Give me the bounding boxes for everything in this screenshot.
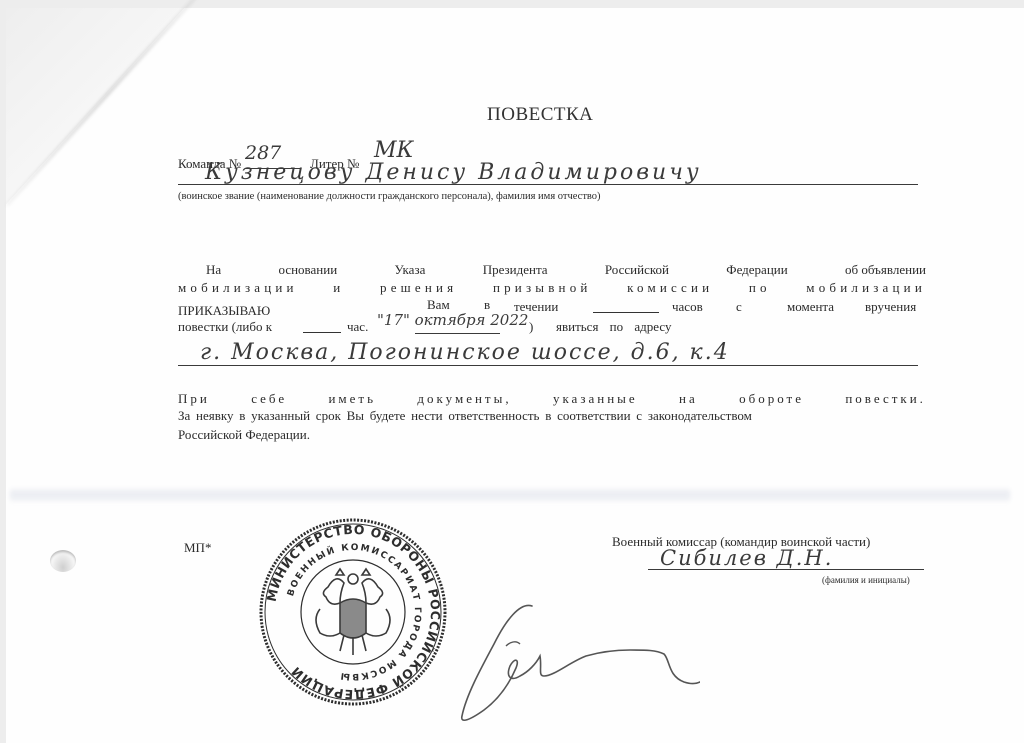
recipient-caption: (воинское звание (наименование должности… bbox=[178, 191, 601, 202]
bleed-through-band bbox=[10, 487, 1010, 503]
commissar-name: Сибилев Д.Н. bbox=[660, 546, 833, 570]
liability-line: За неявку в указанный срок Вы будете нес… bbox=[178, 408, 752, 424]
recipient-underline bbox=[178, 184, 918, 185]
appear-at-address: явиться по адресу bbox=[556, 319, 671, 335]
address: г. Москва, Погонинское шоссе, д.6, к.4 bbox=[200, 340, 730, 365]
recipient-name: Кузнецову Денису Владимировичу bbox=[205, 160, 702, 185]
official-stamp: МИНИСТЕРСТВО ОБОРОНЫ РОССИЙСКОЙ ФЕДЕРАЦИ… bbox=[258, 517, 448, 707]
from-word: с bbox=[736, 299, 742, 315]
body-line-1: На основании Указа Президента Российской… bbox=[178, 262, 926, 278]
date-underline bbox=[415, 333, 500, 334]
commissar-underline bbox=[648, 569, 924, 570]
body-line-2: мобилизации и решения призывной комиссии… bbox=[178, 280, 926, 296]
notice-prefix: повестки (либо к bbox=[178, 319, 272, 335]
double-headed-eagle-icon bbox=[316, 569, 390, 655]
hour-blank bbox=[303, 320, 341, 333]
commissar-caption: (фамилия и инициалы) bbox=[822, 575, 910, 585]
document-title: ПОВЕСТКА bbox=[487, 104, 593, 126]
hour-word: час. bbox=[347, 319, 368, 335]
appearance-date: "17" октября 2022 bbox=[377, 311, 528, 329]
order-word: ПРИКАЗЫВАЮ bbox=[178, 303, 270, 319]
moment-word: момента bbox=[787, 299, 834, 315]
address-underline bbox=[178, 365, 918, 366]
signature bbox=[450, 600, 700, 730]
liability-line-2: Российской Федерации. bbox=[178, 427, 310, 443]
stamp-place-label: МП* bbox=[184, 540, 211, 556]
hours-word: часов bbox=[672, 299, 703, 315]
date-close-paren: ) bbox=[529, 319, 533, 335]
punch-hole bbox=[50, 550, 76, 572]
documents-line: При себе иметь документы, указанные на о… bbox=[178, 391, 926, 407]
delivery-word: вручения bbox=[865, 299, 916, 315]
hours-blank bbox=[593, 300, 659, 313]
